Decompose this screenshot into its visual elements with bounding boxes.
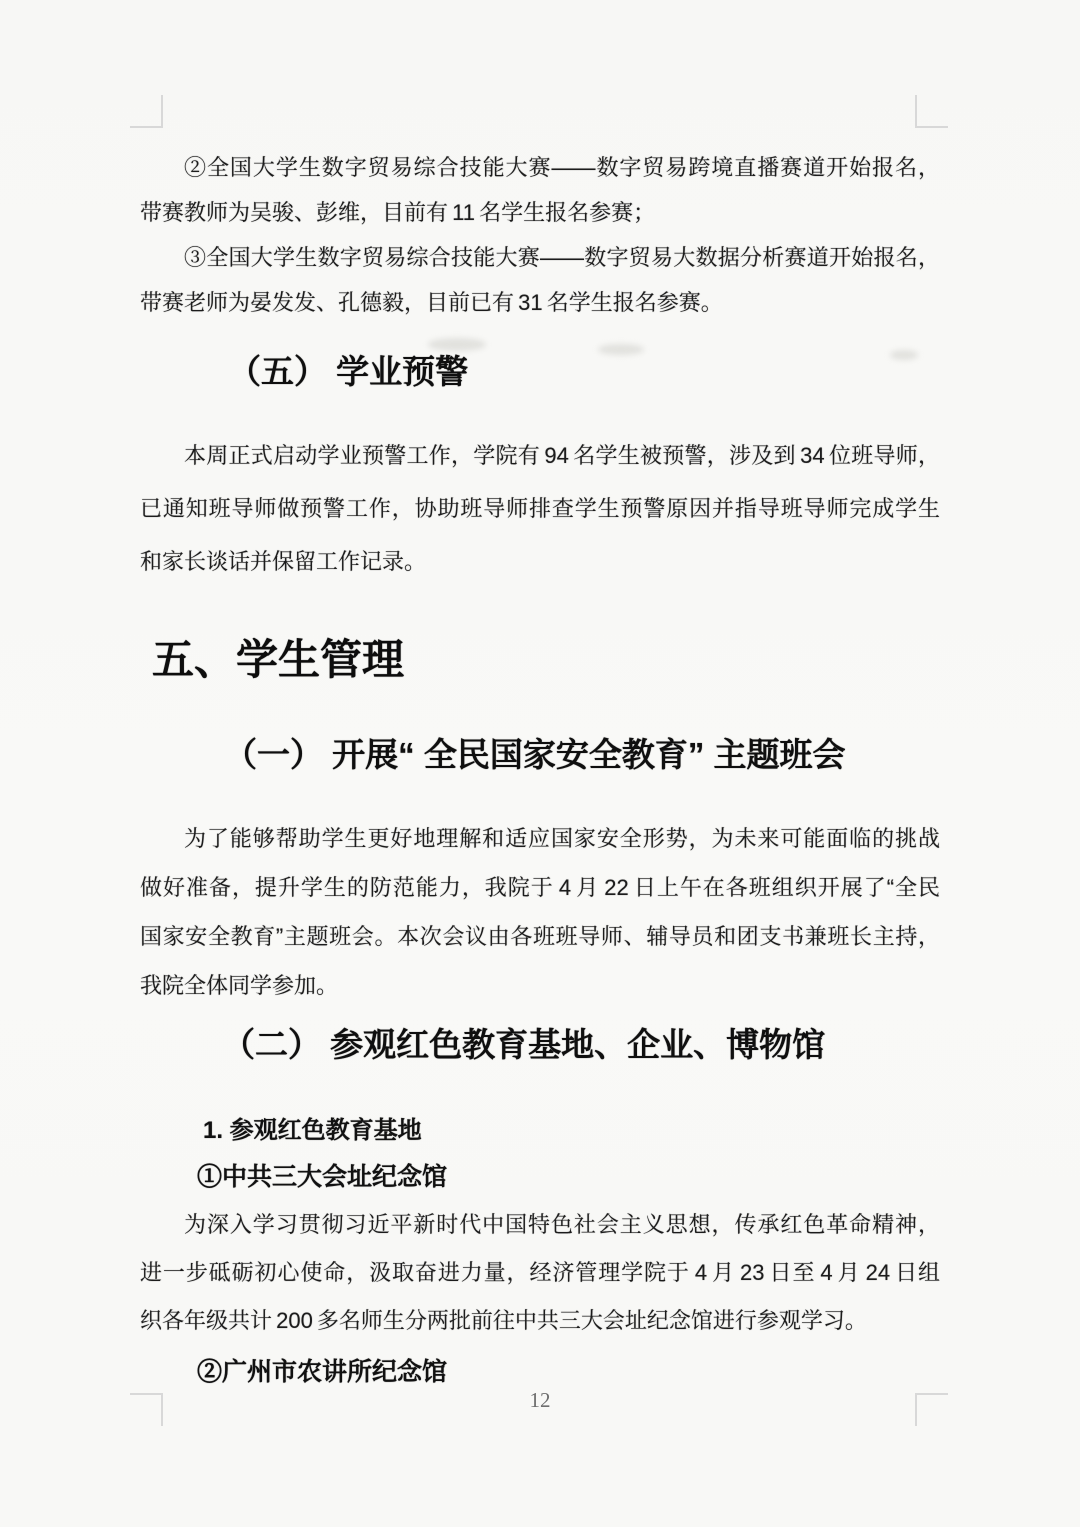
- document-page: ②全国大学生数字贸易综合技能大赛——数字贸易跨境直播赛道开始报名， 带赛教师为吴…: [0, 0, 1080, 1527]
- text-line: 我院全体同学参加。: [140, 961, 940, 1010]
- text-line: ②全国大学生数字贸易综合技能大赛——数字贸易跨境直播赛道开始报名，: [140, 145, 940, 190]
- scan-smudge: [598, 344, 644, 355]
- site-heading-third-congress-memorial: ①中共三大会址纪念馆: [197, 1157, 447, 1193]
- text-line: 做好准备，提升学生的防范能力，我院于 4 月 22 日上午在各班组织开展了“全民: [140, 863, 940, 912]
- third-congress-paragraph: 为深入学习贯彻习近平新时代中国特色社会主义思想，传承红色革命精神， 进一步砥砺初…: [140, 1201, 940, 1345]
- security-education-paragraph: 为了能够帮助学生更好地理解和适应国家安全形势，为未来可能面临的挑战 做好准备，提…: [140, 814, 940, 1010]
- chapter-heading-student-management: 五、学生管理: [152, 627, 404, 687]
- site-heading-peasant-institute-memorial: ②广州市农讲所纪念馆: [197, 1352, 447, 1388]
- sub-heading-red-base-visit: 1. 参观红色教育基地: [203, 1110, 422, 1145]
- scan-smudge: [890, 350, 918, 360]
- text-line: 为深入学习贯彻习近平新时代中国特色社会主义思想，传承红色革命精神，: [140, 1201, 940, 1249]
- text-line: 国家安全教育”主题班会。本次会议由各班班导师、辅导员和团支书兼班长主持，: [140, 912, 940, 961]
- text-line: 织各年级共计 200 多名师生分两批前往中共三大会址纪念馆进行参观学习。: [140, 1297, 940, 1345]
- section-heading-red-visits: （二） 参观红色教育基地、企业、博物馆: [222, 1019, 825, 1066]
- text-line: 已通知班导师做预警工作，协助班导师排查学生预警原因并指导班导师完成学生: [140, 482, 940, 535]
- text-line: ③全国大学生数字贸易综合技能大赛——数字贸易大数据分析赛道开始报名，: [140, 235, 940, 280]
- text-line: 为了能够帮助学生更好地理解和适应国家安全形势，为未来可能面临的挑战: [140, 814, 940, 863]
- academic-warning-paragraph: 本周正式启动学业预警工作，学院有 94 名学生被预警，涉及到 34 位班导师， …: [140, 429, 940, 588]
- text-line: 和家长谈话并保留工作记录。: [140, 535, 940, 588]
- competition-item-3: ③全国大学生数字贸易综合技能大赛——数字贸易大数据分析赛道开始报名， 带赛老师为…: [140, 235, 940, 325]
- competition-item-2: ②全国大学生数字贸易综合技能大赛——数字贸易跨境直播赛道开始报名， 带赛教师为吴…: [140, 145, 940, 235]
- section-heading-security-education: （一） 开展“ 全民国家安全教育” 主题班会: [224, 729, 846, 776]
- text-line: 带赛教师为吴骏、彭维，目前有 11 名学生报名参赛；: [140, 190, 940, 235]
- crop-mark-top-left-icon: [130, 95, 163, 128]
- text-line: 本周正式启动学业预警工作，学院有 94 名学生被预警，涉及到 34 位班导师，: [140, 429, 940, 482]
- crop-mark-top-right-icon: [915, 95, 948, 128]
- text-line: 带赛老师为晏发发、孔德毅，目前已有 31 名学生报名参赛。: [140, 280, 940, 325]
- text-line: 进一步砥砺初心使命，汲取奋进力量，经济管理学院于 4 月 23 日至 4 月 2…: [140, 1249, 940, 1297]
- page-number: 12: [0, 1388, 1080, 1413]
- section-heading-academic-warning: （五） 学业预警: [228, 346, 468, 393]
